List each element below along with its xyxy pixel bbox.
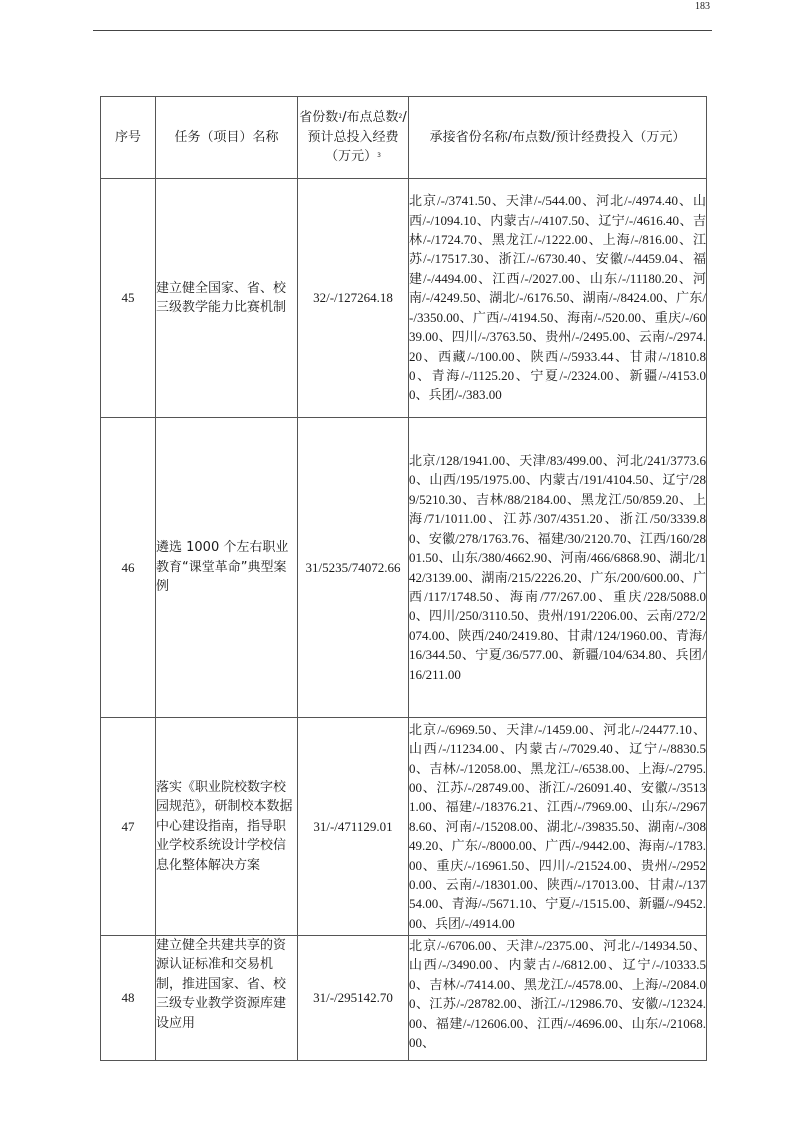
table-row: 46 遴选 1000 个左右职业教育“课堂革命”典型案例 31/5235/740…	[101, 418, 707, 718]
header-detail: 承接省份名称/布点数/预计经费投入（万元）	[409, 97, 707, 179]
table-row: 45 建立健全国家、省、校三级教学能力比赛机制 32/-/127264.18 北…	[101, 179, 707, 418]
header-index: 序号	[101, 97, 156, 179]
header-summary: 省份数1/布点总数2/预计总投入经费（万元）3	[298, 97, 409, 179]
row-summary: 31/5235/74072.66	[298, 418, 409, 718]
header-summary-part2: /布点总数	[342, 110, 398, 125]
row-detail: 北京/-/3741.50、天津/-/544.00、河北/-/4974.40、山西…	[409, 179, 707, 418]
row-index: 48	[101, 936, 156, 1061]
task-table: 序号 任务（项目）名称 省份数1/布点总数2/预计总投入经费（万元）3 承接省份…	[100, 96, 707, 1061]
page-number: 183	[680, 1, 710, 12]
row-summary: 31/-/471129.01	[298, 718, 409, 936]
footnote-3: 3	[377, 152, 381, 159]
header-rule	[93, 30, 712, 31]
row-task: 建立健全共建共享的资源认证标准和交易机制，推进国家、省、校三级专业教学资源库建设…	[156, 936, 298, 1061]
row-summary: 31/-/295142.70	[298, 936, 409, 1061]
row-summary: 32/-/127264.18	[298, 179, 409, 418]
row-detail: 北京/-/6706.00、天津/-/2375.00、河北/-/14934.50、…	[409, 936, 707, 1061]
row-task: 落实《职业院校数字校园规范》，研制校本数据中心建设指南，指导职业学校系统设计学校…	[156, 718, 298, 936]
header-task: 任务（项目）名称	[156, 97, 298, 179]
row-index: 47	[101, 718, 156, 936]
row-detail: 北京/128/1941.00、天津/83/499.00、河北/241/3773.…	[409, 418, 707, 718]
footnote-2: 2	[399, 113, 403, 120]
row-task: 建立健全国家、省、校三级教学能力比赛机制	[156, 179, 298, 418]
row-detail: 北京/-/6969.50、天津/-/1459.00、河北/-/24477.10、…	[409, 718, 707, 936]
table-header-row: 序号 任务（项目）名称 省份数1/布点总数2/预计总投入经费（万元）3 承接省份…	[101, 97, 707, 179]
table-row: 47 落实《职业院校数字校园规范》，研制校本数据中心建设指南，指导职业学校系统设…	[101, 718, 707, 936]
row-index: 45	[101, 179, 156, 418]
row-task: 遴选 1000 个左右职业教育“课堂革命”典型案例	[156, 418, 298, 718]
row-index: 46	[101, 418, 156, 718]
table-row: 48 建立健全共建共享的资源认证标准和交易机制，推进国家、省、校三级专业教学资源…	[101, 936, 707, 1061]
footnote-1: 1	[338, 113, 342, 120]
header-summary-part1: 省份数	[299, 110, 338, 125]
